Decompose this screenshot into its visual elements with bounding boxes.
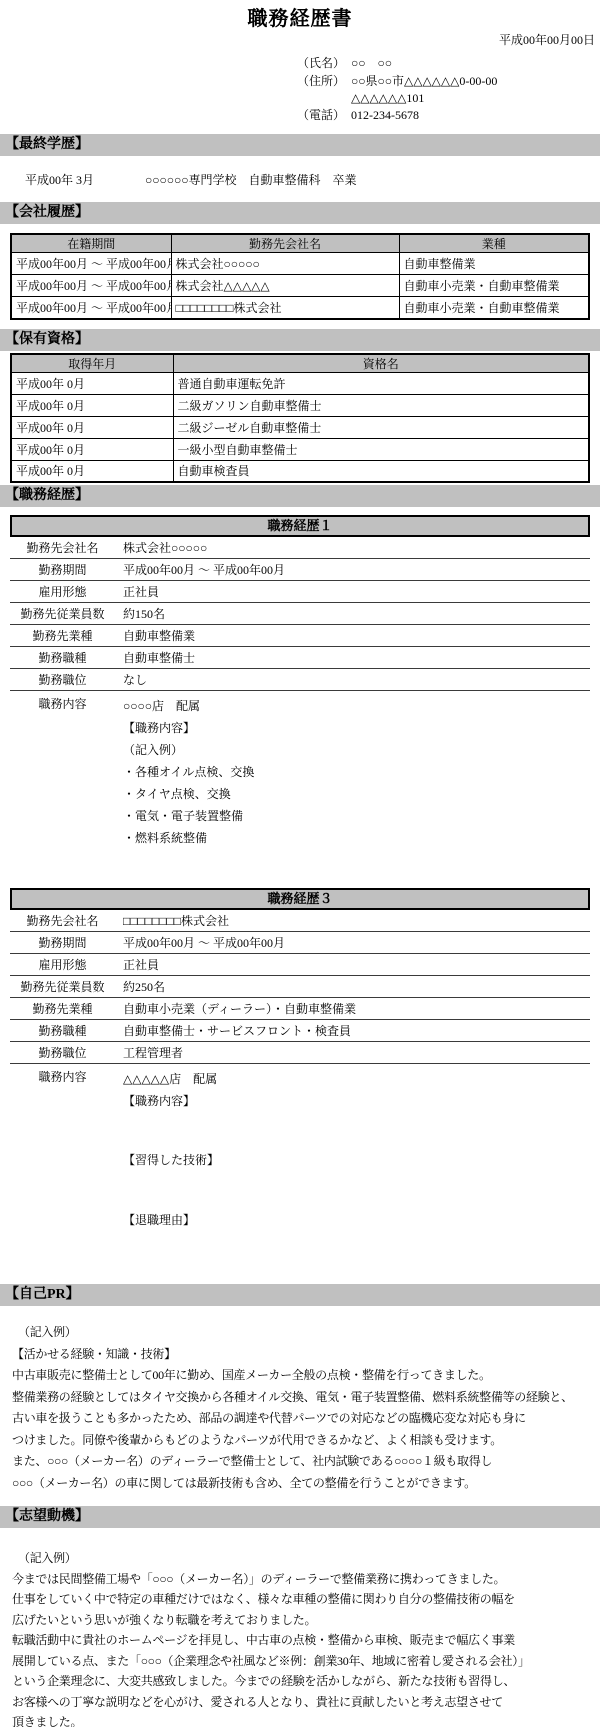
column-header: 勤務先会社名 bbox=[171, 234, 399, 253]
job-row-value: 約250名 bbox=[123, 978, 165, 995]
job-row-label: 勤務職種 bbox=[10, 649, 115, 666]
job-row: 勤務先会社名 □□□□□□□□株式会社 bbox=[10, 910, 590, 932]
section-header-motivation: 【志望動機】 bbox=[0, 1506, 600, 1528]
job-row: 勤務先従業員数 約250名 bbox=[10, 976, 590, 998]
phone-value: 012-234-5678 bbox=[351, 106, 419, 124]
cell-period: 平成00年00月 ～ 平成00年00月 bbox=[11, 253, 171, 275]
job-row-value: 平成00年00月 ～ 平成00年00月 bbox=[123, 934, 285, 951]
column-header: 取得年月 bbox=[11, 354, 173, 373]
content-line: 【習得した技術】 bbox=[123, 1149, 219, 1171]
job-row-label: 勤務職位 bbox=[10, 671, 115, 688]
table-row: 平成00年 0月 自動車検査員 bbox=[11, 460, 589, 482]
job-row: 勤務先業種 自動車整備業 bbox=[10, 625, 590, 647]
paragraph-line: 仕事をしていく中で特定の車種だけではなく、様々な車種の整備に関わり自分の整備技術… bbox=[12, 1589, 600, 1610]
job-row: 勤務職種 自動車整備士・サービスフロント・検査員 bbox=[10, 1020, 590, 1042]
job3-content: 職務内容 △△△△△店 配属 【職務内容】 【習得した技術】 【退職理由】 bbox=[10, 1064, 590, 1231]
section-header-qualifications: 【保有資格】 bbox=[0, 329, 600, 351]
cell-industry: 自動車整備業 bbox=[399, 253, 589, 275]
cell-company: □□□□□□□□株式会社 bbox=[171, 297, 399, 319]
cell-date: 平成00年 0月 bbox=[11, 460, 173, 482]
qualifications-table: 取得年月 資格名 平成00年 0月 普通自動車運転免許 平成00年 0月 二級ガ… bbox=[10, 353, 590, 484]
job-row-value: 正社員 bbox=[123, 956, 159, 973]
address-value-line1: ○○県○○市△△△△△△0-00-00 bbox=[351, 72, 497, 90]
paragraph-line: ○○○（メーカー名）の車に関しては最新技術も含め、全ての整備を行うことができます… bbox=[12, 1473, 600, 1495]
job3-detail-rows: 勤務先会社名 □□□□□□□□株式会社 勤務期間 平成00年00月 ～ 平成00… bbox=[10, 910, 590, 1064]
table-row: 平成00年 0月 二級ガソリン自動車整備士 bbox=[11, 394, 589, 416]
job-row: 勤務先業種 自動車小売業（ディーラー）・自動車整備業 bbox=[10, 998, 590, 1020]
cell-qualification: 普通自動車運転免許 bbox=[173, 372, 589, 394]
table-row: 平成00年 0月 普通自動車運転免許 bbox=[11, 372, 589, 394]
job-row-value: 正社員 bbox=[123, 583, 159, 600]
content-line: 【職務内容】 bbox=[123, 717, 254, 739]
job-row-label: 勤務期間 bbox=[10, 934, 115, 951]
cell-qualification: 自動車検査員 bbox=[173, 460, 589, 482]
job-row-label: 勤務先従業員数 bbox=[10, 978, 115, 995]
name-label: （氏名） bbox=[297, 54, 349, 72]
table-row: 平成00年00月 ～ 平成00年00月 □□□□□□□□株式会社 自動車小売業・… bbox=[11, 297, 589, 319]
document-date: 平成00年00月00日 bbox=[0, 32, 600, 48]
education-entry: 平成00年 3月 ○○○○○○専門学校 自動車整備科 卒業 bbox=[0, 170, 600, 190]
job-row-label: 勤務職種 bbox=[10, 1022, 115, 1039]
section-header-company-history: 【会社履歴】 bbox=[0, 202, 600, 224]
content-line: （記入例） bbox=[123, 739, 254, 761]
cell-industry: 自動車小売業・自動車整備業 bbox=[399, 297, 589, 319]
company-history-header-row: 在籍期間 勤務先会社名 業種 bbox=[11, 234, 589, 253]
job-row: 勤務先従業員数 約150名 bbox=[10, 603, 590, 625]
table-row: 平成00年 0月 二級ジーゼル自動車整備士 bbox=[11, 416, 589, 438]
job-row: 勤務先会社名 株式会社○○○○○ bbox=[10, 537, 590, 559]
job-row-label: 勤務先会社名 bbox=[10, 912, 115, 929]
paragraph-line: 中古車販売に整備士として00年に勤め、国産メーカー全般の点検・整備を行ってきまし… bbox=[12, 1365, 600, 1387]
cell-date: 平成00年 0月 bbox=[11, 416, 173, 438]
page-title: 職務経歴書 bbox=[0, 6, 600, 32]
paragraph-line: また、○○○（メーカー名）のディーラーで整備士として、社内試験である○○○○１級… bbox=[12, 1451, 600, 1473]
cell-period: 平成00年00月 ～ 平成00年00月 bbox=[11, 297, 171, 319]
column-header: 業種 bbox=[399, 234, 589, 253]
paragraph-line: 整備業務の経験としてはタイヤ交換から各種オイル交換、電気・電子装置整備、燃料系統… bbox=[12, 1387, 600, 1409]
paragraph-line: という企業理念に、大変共感致しました。今までの経験を活かしながら、新たな技術も習… bbox=[12, 1671, 600, 1692]
job-row: 勤務職位 工程管理者 bbox=[10, 1042, 590, 1064]
content-line: △△△△△店 配属 bbox=[123, 1068, 219, 1090]
job-row-value: 自動車整備業 bbox=[123, 627, 195, 644]
job-row-label: 勤務先業種 bbox=[10, 627, 115, 644]
job-content-label: 職務内容 bbox=[10, 691, 115, 849]
job-row: 雇用形態 正社員 bbox=[10, 954, 590, 976]
cell-date: 平成00年 0月 bbox=[11, 372, 173, 394]
paragraph-line: 転職活動中に貴社のホームページを拝見し、中古車の点検・整備から車検、販売まで幅広… bbox=[12, 1630, 600, 1651]
job-row: 勤務期間 平成00年00月 ～ 平成00年00月 bbox=[10, 932, 590, 954]
job-row-value: □□□□□□□□株式会社 bbox=[123, 912, 229, 929]
cell-industry: 自動車小売業・自動車整備業 bbox=[399, 275, 589, 297]
content-line: ○○○○店 配属 bbox=[123, 695, 254, 717]
job-row-label: 雇用形態 bbox=[10, 956, 115, 973]
section-header-self-pr: 【自己PR】 bbox=[0, 1284, 600, 1306]
cell-qualification: 一級小型自動車整備士 bbox=[173, 438, 589, 460]
cell-qualification: 二級ジーゼル自動車整備士 bbox=[173, 416, 589, 438]
content-line: ・燃料系統整備 bbox=[123, 827, 254, 849]
paragraph-line: お客様への丁寧な説明などを心がけ、愛される人となり、貴社に貢献したいと考え志望さ… bbox=[12, 1692, 600, 1713]
paragraph-line: つけました。同僚や後輩からもどのようなパーツが代用できるかなど、よく相談も受けま… bbox=[12, 1430, 600, 1452]
paragraph-line: 展開している点、また「○○○（企業理念や社風など※例：創業30年、地域に密着し愛… bbox=[12, 1651, 600, 1672]
paragraph-line: 頂きました。 bbox=[12, 1712, 600, 1727]
job-row-label: 勤務職位 bbox=[10, 1044, 115, 1061]
job3-title-box: 職務経歴３ bbox=[10, 888, 590, 910]
job-row-value: 株式会社○○○○○ bbox=[123, 539, 207, 556]
paragraph-line: 古い車を扱うことも多かったため、部品の調達や代替パーツでの対応などの臨機応変な対… bbox=[12, 1408, 600, 1430]
job-row-value: なし bbox=[123, 671, 147, 688]
cell-date: 平成00年 0月 bbox=[11, 438, 173, 460]
job-content-label: 職務内容 bbox=[10, 1064, 115, 1231]
content-line: ・各種オイル点検、交換 bbox=[123, 761, 254, 783]
cell-date: 平成00年 0月 bbox=[11, 394, 173, 416]
table-row: 平成00年00月 ～ 平成00年00月 株式会社○○○○○ 自動車整備業 bbox=[11, 253, 589, 275]
company-history-table: 在籍期間 勤務先会社名 業種 平成00年00月 ～ 平成00年00月 株式会社○… bbox=[10, 233, 590, 320]
section-header-work-history: 【職務経歴】 bbox=[0, 485, 600, 507]
job-row-value: 自動車整備士 bbox=[123, 649, 195, 666]
content-line: 【退職理由】 bbox=[123, 1209, 219, 1231]
paragraph-line: 【活かせる経験・知識・技術】 bbox=[12, 1344, 600, 1366]
identity-name-row: （氏名） ○○ ○○ bbox=[297, 54, 600, 72]
job-row-value: 自動車小売業（ディーラー）・自動車整備業 bbox=[123, 1000, 356, 1017]
qualifications-header-row: 取得年月 資格名 bbox=[11, 354, 589, 373]
paragraph-line: 今までは民間整備工場や「○○○（メーカー名）」のディーラーで整備業務に携わってき… bbox=[12, 1569, 600, 1590]
job-row-label: 勤務先従業員数 bbox=[10, 605, 115, 622]
identity-block: （氏名） ○○ ○○ （住所） ○○県○○市△△△△△△0-00-00 △△△△… bbox=[297, 54, 600, 124]
motivation-block: （記入例） 今までは民間整備工場や「○○○（メーカー名）」のディーラーで整備業務… bbox=[0, 1528, 600, 1727]
job1-title-box: 職務経歴１ bbox=[10, 515, 590, 537]
address-value-line2: △△△△△△101 bbox=[351, 90, 600, 106]
cell-period: 平成00年00月 ～ 平成00年00月 bbox=[11, 275, 171, 297]
cell-company: 株式会社△△△△△ bbox=[171, 275, 399, 297]
example-label: （記入例） bbox=[12, 1322, 600, 1344]
name-value: ○○ ○○ bbox=[351, 54, 392, 72]
identity-address-row: （住所） ○○県○○市△△△△△△0-00-00 bbox=[297, 72, 600, 90]
job-row-value: 工程管理者 bbox=[123, 1044, 183, 1061]
job-row: 勤務期間 平成00年00月 ～ 平成00年00月 bbox=[10, 559, 590, 581]
paragraph-line: 広げたいという思いが強くなり転職を考えておりました。 bbox=[12, 1610, 600, 1631]
content-line: 【職務内容】 bbox=[123, 1090, 219, 1112]
table-row: 平成00年 0月 一級小型自動車整備士 bbox=[11, 438, 589, 460]
job-row-label: 勤務先業種 bbox=[10, 1000, 115, 1017]
section-header-education: 【最終学歴】 bbox=[0, 134, 600, 156]
column-header: 資格名 bbox=[173, 354, 589, 373]
job-row-value: 自動車整備士・サービスフロント・検査員 bbox=[123, 1022, 351, 1039]
education-detail: ○○○○○○専門学校 自動車整備科 卒業 bbox=[145, 170, 357, 190]
identity-phone-row: （電話） 012-234-5678 bbox=[297, 106, 600, 124]
phone-label: （電話） bbox=[297, 106, 349, 124]
job-row: 勤務職種 自動車整備士 bbox=[10, 647, 590, 669]
job-row-label: 勤務期間 bbox=[10, 561, 115, 578]
job1-detail-rows: 勤務先会社名 株式会社○○○○○ 勤務期間 平成00年00月 ～ 平成00年00… bbox=[10, 537, 590, 691]
cell-company: 株式会社○○○○○ bbox=[171, 253, 399, 275]
education-date: 平成00年 3月 bbox=[25, 170, 145, 190]
job-row-label: 雇用形態 bbox=[10, 583, 115, 600]
job-row: 雇用形態 正社員 bbox=[10, 581, 590, 603]
address-label: （住所） bbox=[297, 72, 349, 90]
self-pr-block: （記入例） 【活かせる経験・知識・技術】 中古車販売に整備士として00年に勤め、… bbox=[0, 1306, 600, 1494]
example-label: （記入例） bbox=[12, 1548, 600, 1569]
job-row-label: 勤務先会社名 bbox=[10, 539, 115, 556]
column-header: 在籍期間 bbox=[11, 234, 171, 253]
table-row: 平成00年00月 ～ 平成00年00月 株式会社△△△△△ 自動車小売業・自動車… bbox=[11, 275, 589, 297]
job-row-value: 平成00年00月 ～ 平成00年00月 bbox=[123, 561, 285, 578]
job1-content-lines: ○○○○店 配属 【職務内容】 （記入例） ・各種オイル点検、交換 ・タイヤ点検… bbox=[123, 691, 254, 849]
content-line: ・電気・電子装置整備 bbox=[123, 805, 254, 827]
document: 職務経歴書 平成00年00月00日 （氏名） ○○ ○○ （住所） ○○県○○市… bbox=[0, 6, 600, 1727]
content-line: ・タイヤ点検、交換 bbox=[123, 783, 254, 805]
job-row-value: 約150名 bbox=[123, 605, 165, 622]
job3-content-lines: △△△△△店 配属 【職務内容】 【習得した技術】 【退職理由】 bbox=[123, 1064, 219, 1231]
job-row: 勤務職位 なし bbox=[10, 669, 590, 691]
job1-content: 職務内容 ○○○○店 配属 【職務内容】 （記入例） ・各種オイル点検、交換 ・… bbox=[10, 691, 590, 849]
cell-qualification: 二級ガソリン自動車整備士 bbox=[173, 394, 589, 416]
